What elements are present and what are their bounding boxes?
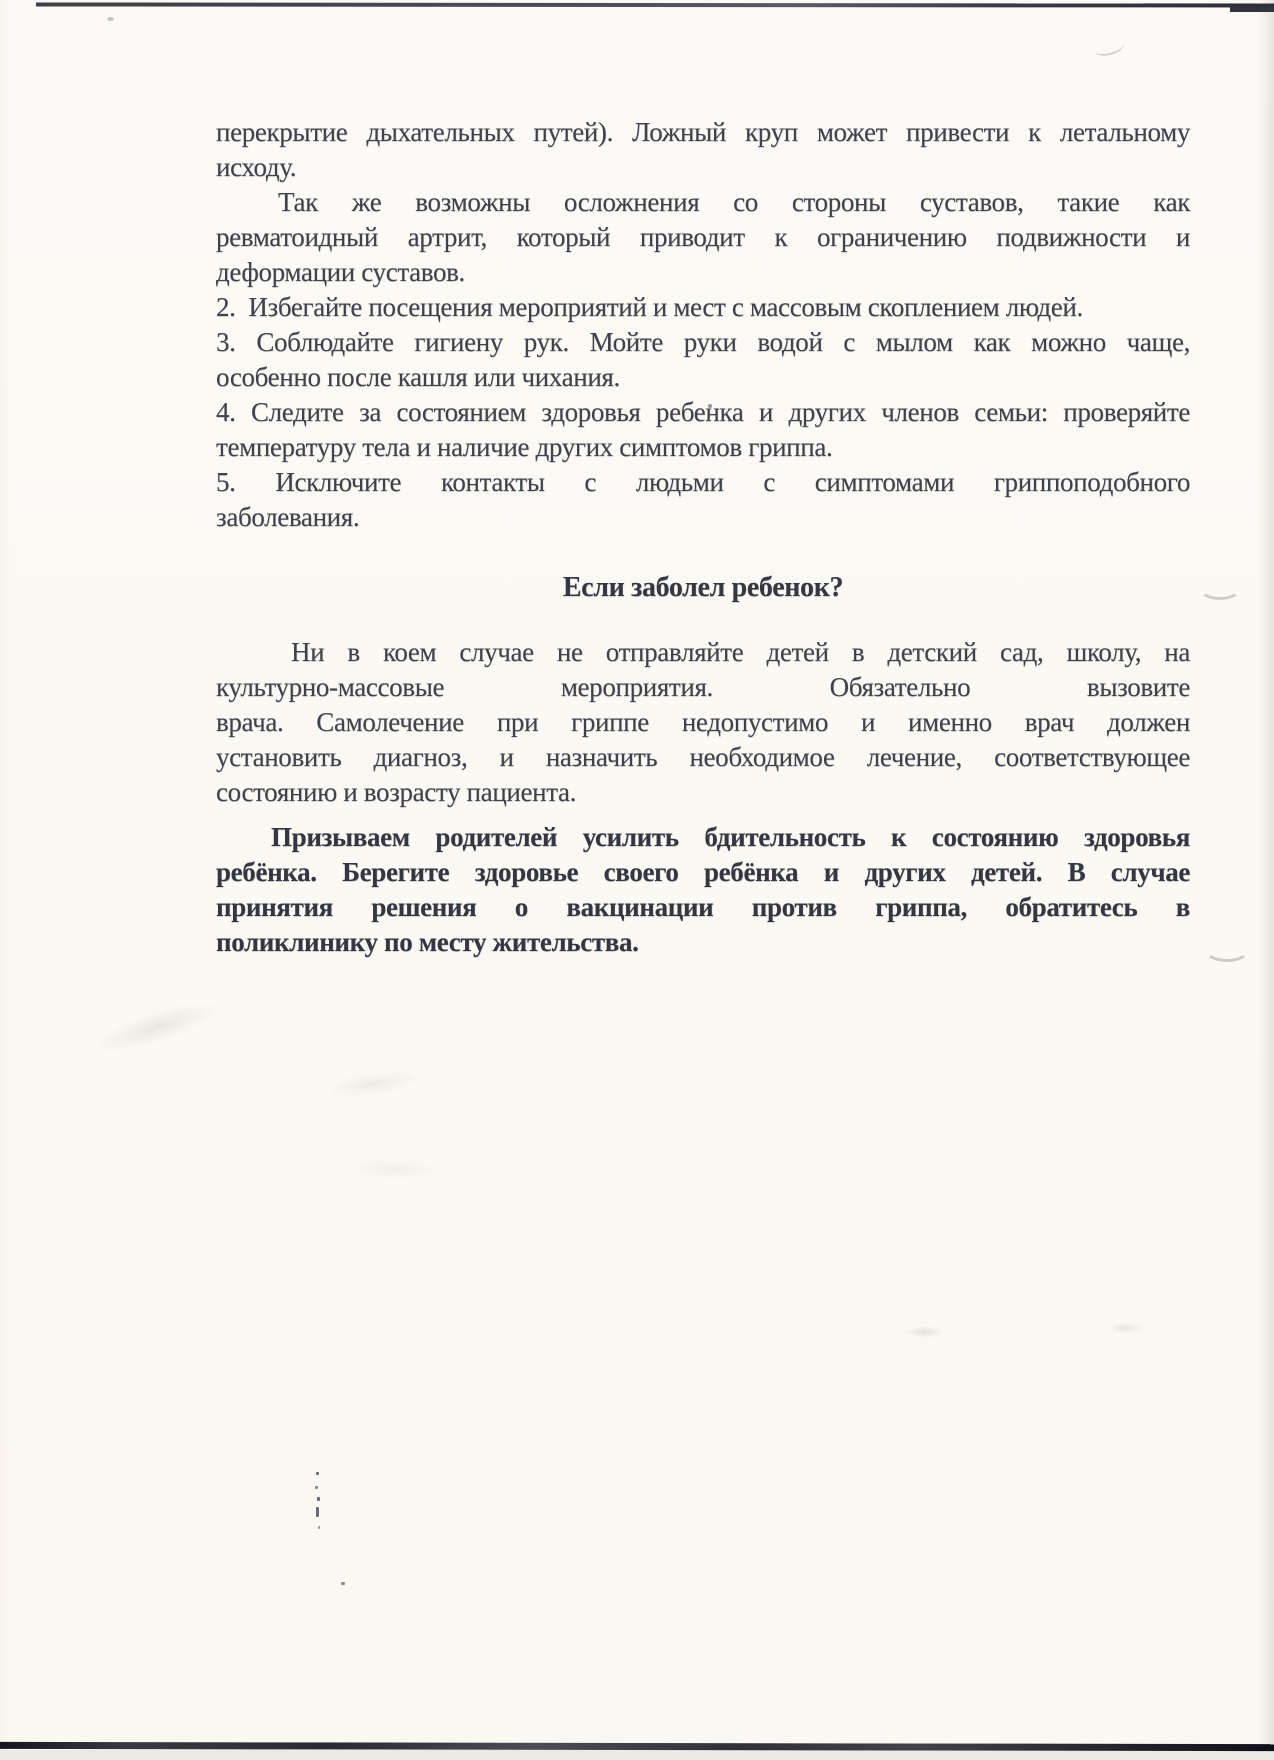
list-item-line: заболевания. <box>216 500 1190 535</box>
list-item-line: температуру тела и наличие других симпто… <box>216 430 1190 465</box>
scan-smudge <box>91 993 224 1062</box>
scan-smudge <box>352 1158 437 1180</box>
scan-speck <box>316 1472 319 1475</box>
scan-speck <box>315 1486 318 1489</box>
scan-smudge <box>325 1066 422 1103</box>
scan-left-edge-shading <box>0 0 10 1760</box>
scan-speck <box>341 1582 345 1585</box>
scanned-document-page: перекрытие дыхательных путей). Ложный кр… <box>0 0 1274 1760</box>
scan-speck <box>318 1526 320 1529</box>
text-line-bold: Призываем родителей усилить бдительность… <box>216 820 1190 855</box>
scan-mark-top-right <box>1093 37 1126 59</box>
text-line: ревматоидный артрит, который приводит к … <box>216 220 1190 255</box>
scan-artifact-top-corner-mark <box>1230 7 1274 12</box>
text-line: врача. Самолечение при гриппе недопустим… <box>216 705 1190 740</box>
text-line-bold: поликлинику по месту жительства. <box>216 925 1190 960</box>
text-line: Ни в коем случае не отправляйте детей в … <box>216 635 1190 670</box>
text-line-bold: принятия решения о вакцинации против гри… <box>216 890 1190 925</box>
text-line-bold: ребёнка. Берегите здоровье своего ребёнк… <box>216 855 1190 890</box>
text-line: перекрытие дыхательных путей). Ложный кр… <box>216 115 1190 150</box>
list-item-line: 4. Следите за состоянием здоровья ребенк… <box>216 395 1190 430</box>
list-item-line: особенно после кашля или чихания. <box>216 360 1190 395</box>
list-item-line: 3. Соблюдайте гигиену рук. Мойте руки во… <box>216 325 1190 360</box>
document-text: перекрытие дыхательных путей). Ложный кр… <box>216 115 1190 960</box>
scan-speck <box>316 1507 319 1517</box>
page-curl-mark-lower <box>1204 936 1250 962</box>
list-item-line: 2. Избегайте посещения мероприятий и мес… <box>216 290 1190 325</box>
scan-right-edge-shading <box>1258 0 1274 1760</box>
text-line: культурно-массовые мероприятия. Обязател… <box>216 670 1190 705</box>
list-item-line: 5. Исключите контакты с людьми с симптом… <box>216 465 1190 500</box>
scan-speck-top-left <box>107 17 114 21</box>
text-line: установить диагноз, и назначить необходи… <box>216 740 1190 775</box>
scan-ink-dot <box>708 404 712 408</box>
text-line: состоянию и возрасту пациента. <box>216 775 1190 810</box>
scan-smudge <box>1108 1322 1142 1334</box>
text-line: деформации суставов. <box>216 255 1190 290</box>
text-line: исходу. <box>216 150 1190 185</box>
page-curl-mark-upper <box>1199 576 1241 600</box>
scan-speck <box>317 1497 320 1501</box>
text-line: Так же возможны осложнения со стороны су… <box>216 185 1190 220</box>
scan-bottom-margin <box>0 1750 1274 1760</box>
scan-artifact-top-edge-line <box>36 2 1274 7</box>
scan-smudge <box>905 1326 945 1338</box>
section-heading: Если заболел ребенок? <box>216 570 1190 605</box>
